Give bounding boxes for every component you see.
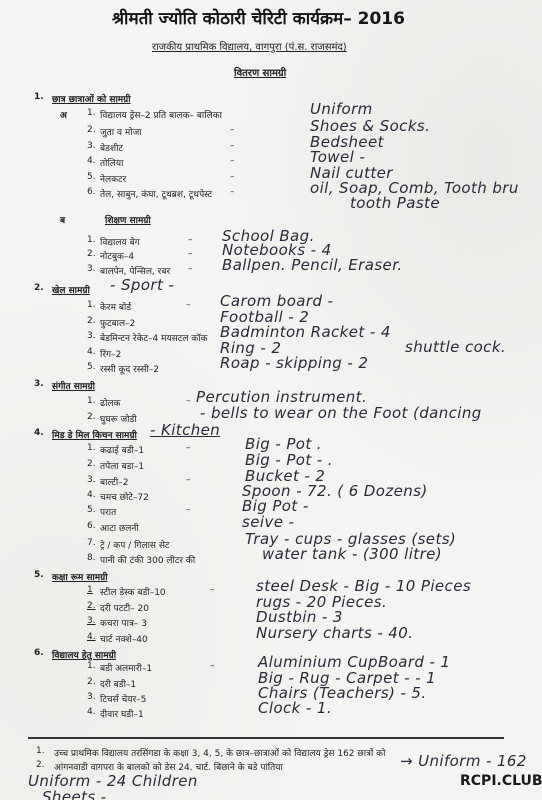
item-number: 3. (87, 616, 96, 626)
item-text-hindi: रिंग–2 (100, 347, 121, 360)
item-dash: – (186, 300, 191, 310)
item-dash: – (230, 125, 235, 135)
item-text-hindi: ट्रे / कप / गिलास सेट (100, 538, 169, 551)
item-dash: – (210, 585, 215, 595)
handwritten-translation-continued: tooth Paste (350, 194, 440, 212)
footnote-number: 2. (36, 760, 45, 770)
handwritten-translation: Ballpen. Pencil, Eraser. (222, 256, 403, 274)
item-number: 3. (87, 692, 96, 702)
item-dash: – (186, 396, 191, 406)
item-text-hindi: बेडमिन्टन रेकेट–4 मयसटल कॉक (100, 331, 207, 344)
item-text-hindi: स्टील डेस्क बडी–10 (100, 585, 166, 598)
item-number: 6. (87, 187, 96, 197)
item-number: 3. (87, 141, 96, 151)
item-number: 2. (87, 412, 96, 422)
handwritten-section-note: - Kitchen (150, 421, 220, 439)
handwritten-bottom-note: Sheets - (42, 788, 107, 800)
distribution-subtitle: वितरण सामग्री (234, 65, 286, 79)
watermark: RCPI.CLUB (460, 773, 542, 789)
item-text-hindi: विद्यालय ड्रेस–2 प्रति बालक– बालिका (100, 108, 222, 121)
item-number: 5. (87, 362, 96, 372)
item-number: 4. (87, 632, 96, 642)
item-number: 1. (87, 235, 96, 245)
item-text-hindi: विद्यालय बेग (100, 235, 140, 248)
handwritten-translation-continued: shuttle cock. (405, 338, 506, 356)
item-text-hindi: रस्सी कूद रस्सी–2 (100, 362, 159, 375)
item-text-hindi: तपेला बडा–1 (100, 459, 144, 472)
subsection-label: ब (60, 213, 65, 226)
item-number: 2. (87, 125, 96, 135)
item-number: 2. (87, 459, 96, 469)
handwritten-translation: Clock - 1. (258, 699, 332, 717)
item-dash: – (230, 187, 235, 197)
item-number: 2. (87, 316, 96, 326)
item-dash: – (230, 141, 235, 151)
item-number: 7. (87, 538, 96, 548)
section-number: 5. (34, 570, 44, 580)
item-dash: – (188, 249, 193, 259)
item-number: 4. (87, 490, 96, 500)
section-number: 3. (34, 379, 44, 389)
item-number: 3. (87, 264, 96, 274)
handwritten-translation: water tank - (300 litre) (262, 545, 442, 563)
item-number: 4. (87, 347, 96, 357)
section-number: 2. (34, 283, 44, 293)
item-number: 4. (87, 707, 96, 717)
item-number: 1 (87, 585, 93, 595)
item-text-hindi: परात (100, 505, 116, 518)
item-text-hindi: दरी पटटी– 20 (100, 601, 149, 614)
footnote-number: 1. (36, 746, 45, 756)
item-dash: – (186, 505, 191, 515)
handwritten-footnote-note: → Uniform - 162 (400, 752, 527, 770)
item-text-hindi: दीवार घडी–1 (100, 707, 144, 720)
item-text-hindi: कचरा पात्र– 3 (100, 616, 147, 629)
item-text-hindi: दरी बडी–1 (100, 677, 136, 690)
item-text-hindi: बाल्टी–2 (100, 475, 129, 488)
section-number: 1. (34, 92, 44, 102)
item-number: 1. (87, 661, 96, 671)
section-heading: संगीत सामग्री (52, 379, 95, 392)
item-text-hindi: तोलिया (100, 156, 123, 169)
section-heading: विद्यालय हेतु सामग्री (52, 648, 116, 661)
item-text-hindi: नोटबुक–4 (100, 249, 134, 262)
item-number: 6. (87, 521, 96, 531)
section-heading: कक्षा रूम सामग्री (52, 570, 108, 583)
scanned-document: श्रीमती ज्योति कोठारी चेरिटी कार्यक्रम– … (0, 0, 542, 800)
section-number: 6. (34, 648, 44, 658)
item-text-hindi: केरम बोर्ड (100, 300, 131, 313)
item-dash: – (186, 475, 191, 485)
item-text-hindi: टिचर्स चेयर–5 (100, 692, 146, 705)
item-dash: – (230, 156, 235, 166)
item-number: 3. (87, 475, 96, 485)
item-dash: – (188, 235, 193, 245)
item-number: 2. (87, 249, 96, 259)
item-number: 1. (87, 108, 96, 118)
item-text-hindi: कढाई बडी–1 (100, 443, 144, 456)
item-dash: – (188, 264, 193, 274)
school-name: राजकीय प्राथमिक विद्यालय, वागपुरा (पं.स.… (152, 39, 347, 53)
item-text-hindi: आटा छलनी (100, 521, 139, 534)
section-heading: खेल सामग्री (52, 283, 90, 296)
item-number: 1. (87, 396, 96, 406)
item-text-hindi: तेल, साबुन, कंघा, टूथब्रश, टूथपेस्ट (100, 187, 212, 200)
section-heading: छात्र छात्राओं को सामग्री (52, 92, 131, 105)
document-title: श्रीमती ज्योति कोठारी चेरिटी कार्यक्रम– … (112, 6, 405, 29)
item-text-hindi: बेडशीट (100, 141, 123, 154)
item-text-hindi: ढोलक (100, 396, 120, 409)
section-heading: मिड डे मिल किचन सामग्री (52, 428, 137, 441)
item-text-hindi: फुटबाल–2 (100, 316, 135, 329)
subsection-heading: शिक्षण सामग्री (105, 213, 151, 226)
item-number: 1. (87, 300, 96, 310)
item-number: 3. (87, 331, 96, 341)
item-number: 2. (87, 601, 96, 611)
item-number: 8. (87, 553, 96, 563)
item-text-hindi: पानी की टंकी 300 लीटर की (100, 553, 195, 566)
item-dash: – (186, 443, 191, 453)
handwritten-translation: Nursery charts - 40. (256, 624, 413, 642)
handwritten-translation: - bells to wear on the Foot (dancing (200, 404, 482, 422)
footnote-text: उच्च प्राथमिक विद्यालय तरसिंगडा के कक्षा… (54, 746, 385, 759)
item-number: 5. (87, 172, 96, 182)
item-dash: – (210, 661, 215, 671)
section-number: 4. (34, 428, 44, 438)
handwritten-section-note: - Sport - (110, 276, 174, 294)
divider-line (28, 737, 504, 739)
item-text-hindi: चार्ट नक्शे–40 (100, 632, 148, 645)
item-text-hindi: बडी अलमारी–1 (100, 661, 152, 674)
subsection-label: अ (60, 108, 67, 121)
item-dash: – (230, 172, 235, 182)
handwritten-translation: Roap - skipping - 2 (220, 354, 368, 372)
item-number: 1. (87, 443, 96, 453)
item-text-hindi: घुघरू जोडी (100, 412, 137, 425)
item-number: 4. (87, 156, 96, 166)
handwritten-translation: seive - (242, 513, 294, 531)
item-text-hindi: नेलकटर (100, 172, 126, 185)
handwritten-translation: Uniform (310, 100, 373, 118)
item-number: 5. (87, 505, 96, 515)
item-text-hindi: जुता व मोजा (100, 125, 142, 138)
item-number: 2. (87, 677, 96, 687)
item-text-hindi: चमच छोटे–72 (100, 490, 149, 503)
